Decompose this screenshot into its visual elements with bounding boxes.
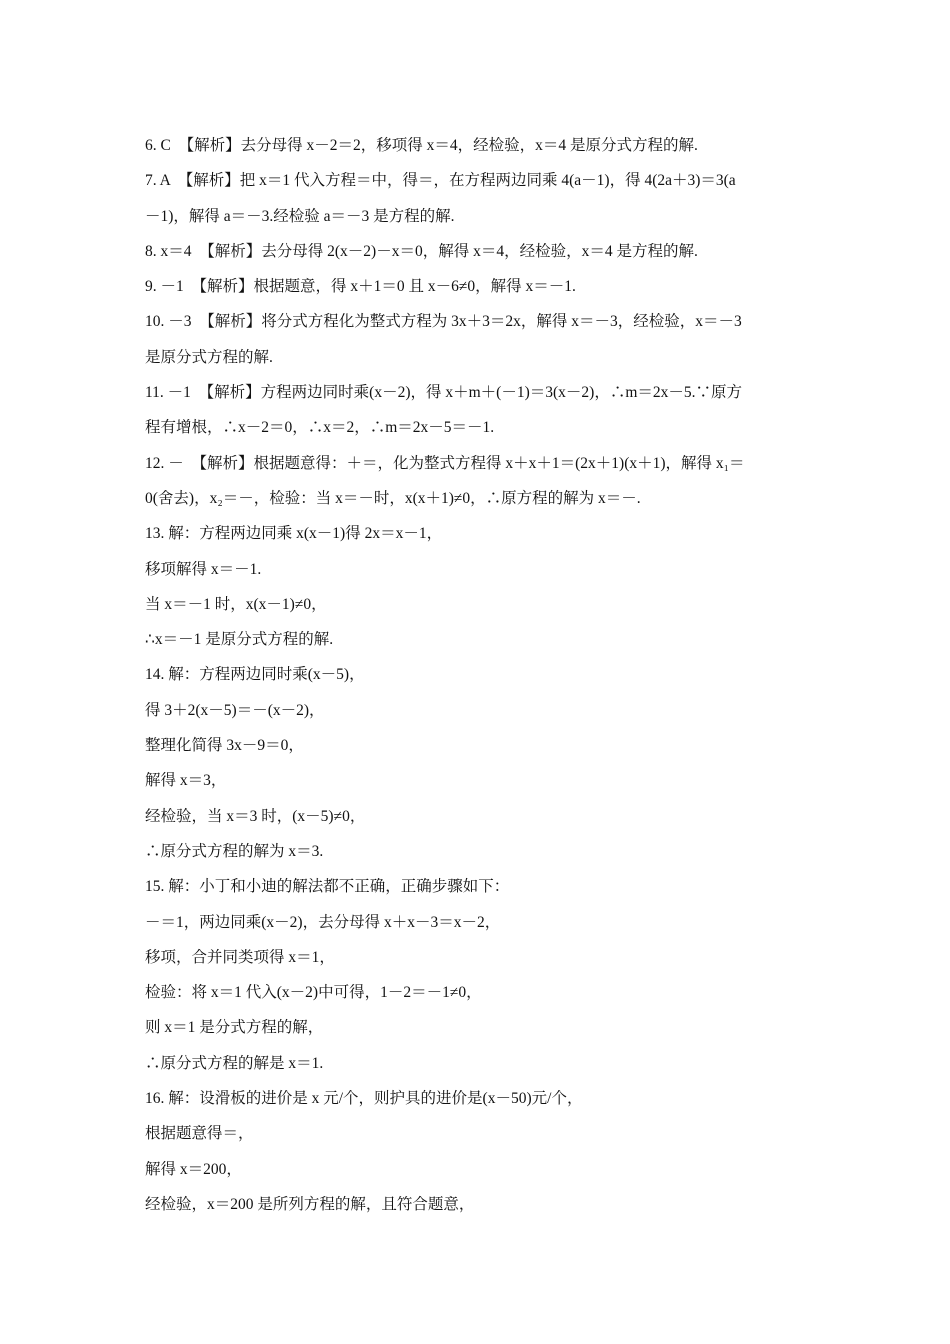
answer-14-line-4: 解得 x＝3， bbox=[145, 763, 815, 798]
answer-15-line-1: 15. 解：小丁和小迪的解法都不正确，正确步骤如下： bbox=[145, 869, 815, 904]
answer-14-line-2: 得 3＋2(x－5)＝－(x－2)， bbox=[145, 693, 815, 728]
answer-page: 6. C 【解析】去分母得 x－2＝2，移项得 x＝4，经检验，x＝4 是原分式… bbox=[145, 128, 815, 1222]
answer-15-line-5: 则 x＝1 是分式方程的解， bbox=[145, 1010, 815, 1045]
answer-14-line-3: 整理化简得 3x－9＝0， bbox=[145, 728, 815, 763]
answer-15-line-4: 检验：将 x＝1 代入(x－2)中可得，1－2＝－1≠0， bbox=[145, 975, 815, 1010]
answer-14-line-1: 14. 解：方程两边同时乘(x－5)， bbox=[145, 657, 815, 692]
answer-14-line-5: 经检验，当 x＝3 时，(x－5)≠0， bbox=[145, 799, 815, 834]
answer-16-line-1: 16. 解：设滑板的进价是 x 元/个，则护具的进价是(x－50)元/个， bbox=[145, 1081, 815, 1116]
answer-15-line-2: －＝1，两边同乘(x－2)，去分母得 x＋x－3＝x－2， bbox=[145, 905, 815, 940]
answer-13-line-1: 13. 解：方程两边同乘 x(x－1)得 2x＝x－1， bbox=[145, 516, 815, 551]
answer-10-line-1: 10. －3 【解析】将分式方程化为整式方程为 3x＋3＝2x，解得 x＝－3，… bbox=[145, 304, 815, 339]
answer-7-line-1: 7. A 【解析】把 x＝1 代入方程＝中，得＝，在方程两边同乘 4(a－1)，… bbox=[145, 163, 815, 198]
answer-13-line-3: 当 x＝－1 时，x(x－1)≠0， bbox=[145, 587, 815, 622]
answer-10-line-2: 是原分式方程的解. bbox=[145, 340, 815, 375]
answer-13-line-4: ∴x＝－1 是原分式方程的解. bbox=[145, 622, 815, 657]
answer-9: 9. －1 【解析】根据题意，得 x＋1＝0 且 x－6≠0，解得 x＝－1. bbox=[145, 269, 815, 304]
answer-16-line-2: 根据题意得＝， bbox=[145, 1116, 815, 1151]
answer-12-line-1: 12. － 【解析】根据题意得：＋＝，化为整式方程得 x＋x＋1＝(2x＋1)(… bbox=[145, 446, 815, 481]
answer-16-line-4: 经检验，x＝200 是所列方程的解，且符合题意， bbox=[145, 1187, 815, 1222]
answer-7-line-2: －1)，解得 a＝－3.经检验 a＝－3 是方程的解. bbox=[145, 199, 815, 234]
answer-12-line-2: 0(舍去)，x₂＝－，检验：当 x＝－时，x(x＋1)≠0，∴原方程的解为 x＝… bbox=[145, 481, 815, 516]
answer-14-line-6: ∴原分式方程的解为 x＝3. bbox=[145, 834, 815, 869]
answer-15-line-3: 移项，合并同类项得 x＝1， bbox=[145, 940, 815, 975]
answer-11-line-2: 程有增根，∴x－2＝0，∴x＝2，∴m＝2x－5＝－1. bbox=[145, 410, 815, 445]
answer-11-line-1: 11. －1 【解析】方程两边同时乘(x－2)，得 x＋m＋(－1)＝3(x－2… bbox=[145, 375, 815, 410]
answer-16-line-3: 解得 x＝200， bbox=[145, 1152, 815, 1187]
answer-8: 8. x＝4 【解析】去分母得 2(x－2)－x＝0，解得 x＝4，经检验，x＝… bbox=[145, 234, 815, 269]
answer-13-line-2: 移项解得 x＝－1. bbox=[145, 552, 815, 587]
answer-6: 6. C 【解析】去分母得 x－2＝2，移项得 x＝4，经检验，x＝4 是原分式… bbox=[145, 128, 815, 163]
answer-15-line-6: ∴原分式方程的解是 x＝1. bbox=[145, 1046, 815, 1081]
